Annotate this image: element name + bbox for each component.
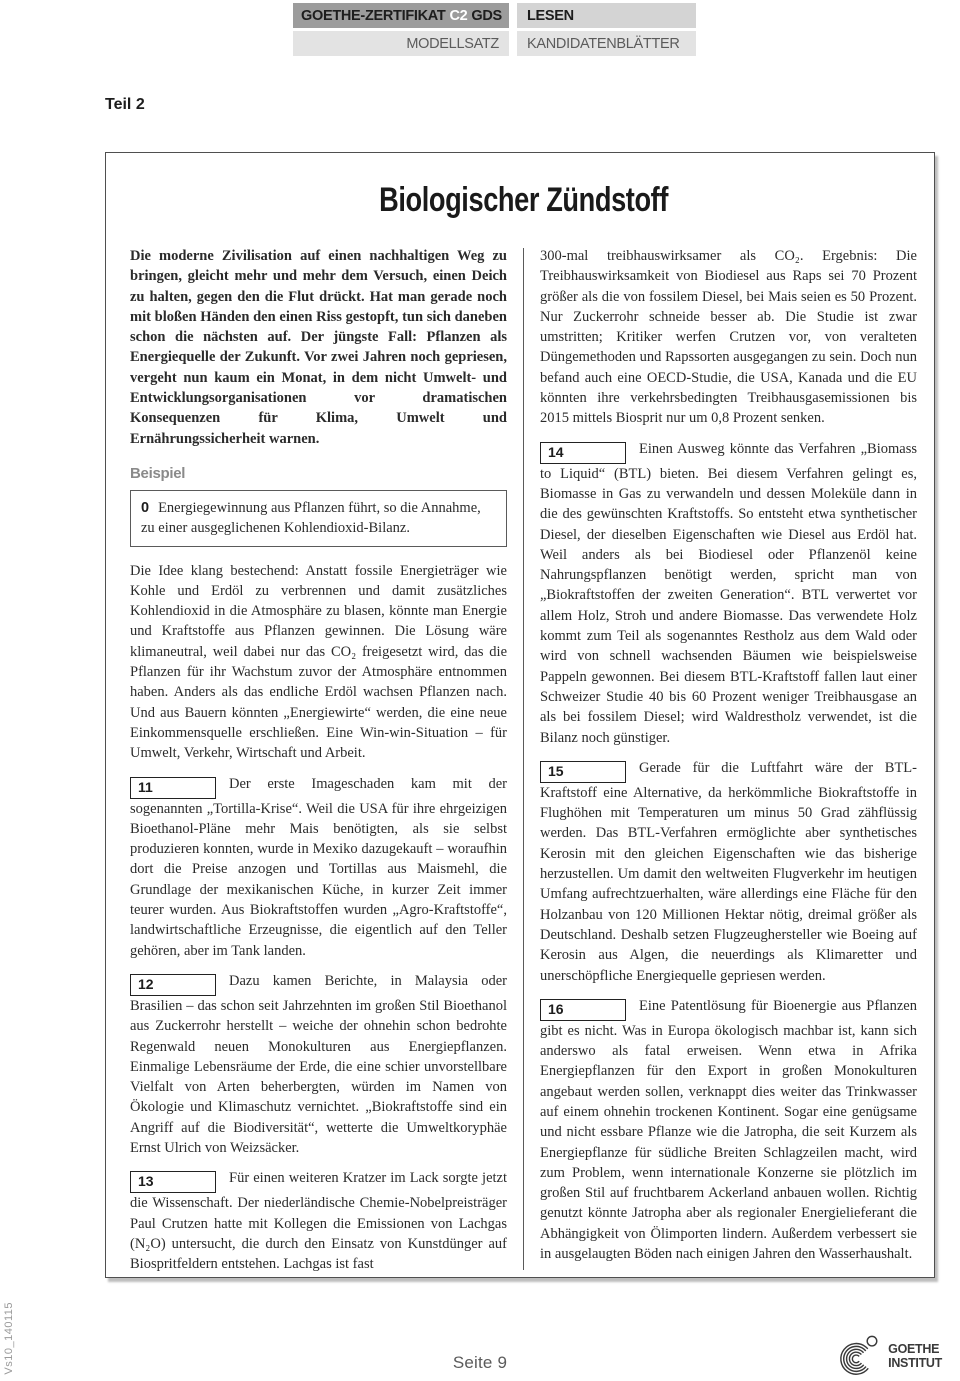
article-box: Biologischer Zündstoff Die moderne Zivil… [105, 152, 935, 1278]
goethe-logo-line1: GOETHE [888, 1342, 942, 1356]
item-number-box: 13 [130, 1171, 216, 1193]
side-code: Vs10_140115 [3, 1302, 15, 1375]
paragraph: 16Eine Patentlösung für Bioenergie aus P… [540, 996, 917, 1265]
item-number-box: 11 [130, 777, 216, 799]
paragraph-text: Eine Patentlösung für Bioenergie aus Pfl… [540, 998, 917, 1262]
exam-level: C2 [449, 8, 467, 24]
kandidatenblaetter-bar: KANDIDATENBLÄTTER [517, 31, 696, 56]
paragraph: 13Für einen weiteren Kratzer im Lack sor… [130, 1168, 507, 1274]
item-number-box: 15 [540, 761, 626, 783]
paragraph: 12Dazu kamen Berichte, in Malaysia oder … [130, 971, 507, 1158]
paragraph: Die Idee klang bestechend: Anstatt fossi… [130, 561, 507, 764]
paragraph-text: 300-mal treibhauswirksamer als CO₂. Erge… [540, 248, 917, 426]
exam-title-bar: GOETHE-ZERTIFIKAT C2 GDS [293, 3, 509, 28]
goethe-logo-text: GOETHE INSTITUT [888, 1342, 942, 1371]
paragraph: 15Gerade für die Luftfahrt wäre der BTL-… [540, 758, 917, 986]
teil-label: Teil 2 [105, 96, 145, 114]
goethe-logo-icon [837, 1333, 883, 1379]
paragraph: 300-mal treibhauswirksamer als CO₂. Erge… [540, 246, 917, 429]
example-number: 0 [141, 500, 149, 516]
intro-paragraph: Die moderne Zivilisation auf einen nachh… [130, 246, 507, 449]
kandidatenblaetter-label: KANDIDATENBLÄTTER [527, 36, 680, 52]
section-bar: LESEN [517, 3, 696, 28]
goethe-logo-line2: INSTITUT [888, 1356, 942, 1370]
example-box: 0Energiegewinnung aus Pflanzen führt, so… [130, 490, 507, 547]
paragraph-text: Dazu kamen Berichte, in Malaysia oder Br… [130, 973, 507, 1156]
article-columns: Die moderne Zivilisation auf einen nachh… [130, 246, 917, 1278]
paragraph: 11Der erste Imageschaden kam mit der sog… [130, 774, 507, 961]
section-label: LESEN [527, 8, 574, 24]
exam-title-prefix: GOETHE-ZERTIFIKAT [301, 8, 445, 24]
header-row-top: GOETHE-ZERTIFIKAT C2 GDS LESEN [293, 3, 696, 28]
item-number-box: 14 [540, 442, 626, 464]
item-number-box: 16 [540, 999, 626, 1021]
column-divider [523, 248, 524, 1270]
modellsatz-bar: MODELLSATZ [293, 31, 509, 56]
modellsatz-label: MODELLSATZ [406, 36, 499, 52]
article-title-wrap: Biologischer Zündstoff [130, 181, 917, 220]
article-title: Biologischer Zündstoff [379, 181, 668, 220]
paragraph-text: Gerade für die Luftfahrt wäre der BTL-Kr… [540, 760, 917, 984]
paragraph-text: Der erste Imageschaden kam mit der sogen… [130, 776, 507, 959]
page-number: Seite 9 [0, 1353, 960, 1373]
paragraph-text: Einen Ausweg könnte das Verfahren „Bioma… [540, 441, 917, 746]
exam-header: GOETHE-ZERTIFIKAT C2 GDS LESEN MODELLSAT… [293, 3, 696, 59]
header-row-bottom: MODELLSATZ KANDIDATENBLÄTTER [293, 31, 696, 56]
paragraph: 14Einen Ausweg könnte das Verfahren „Bio… [540, 439, 917, 748]
beispiel-label: Beispiel [130, 465, 507, 482]
exam-title-suffix: GDS [471, 8, 502, 24]
paragraph-text: Die Idee klang bestechend: Anstatt fossi… [130, 563, 507, 762]
item-number-box: 12 [130, 974, 216, 996]
right-column: 300-mal treibhauswirksamer als CO₂. Erge… [540, 246, 917, 1278]
goethe-logo: GOETHE INSTITUT [837, 1333, 942, 1379]
example-text: Energiegewinnung aus Pflanzen führt, so … [141, 500, 481, 536]
left-column: Die moderne Zivilisation auf einen nachh… [130, 246, 507, 1278]
